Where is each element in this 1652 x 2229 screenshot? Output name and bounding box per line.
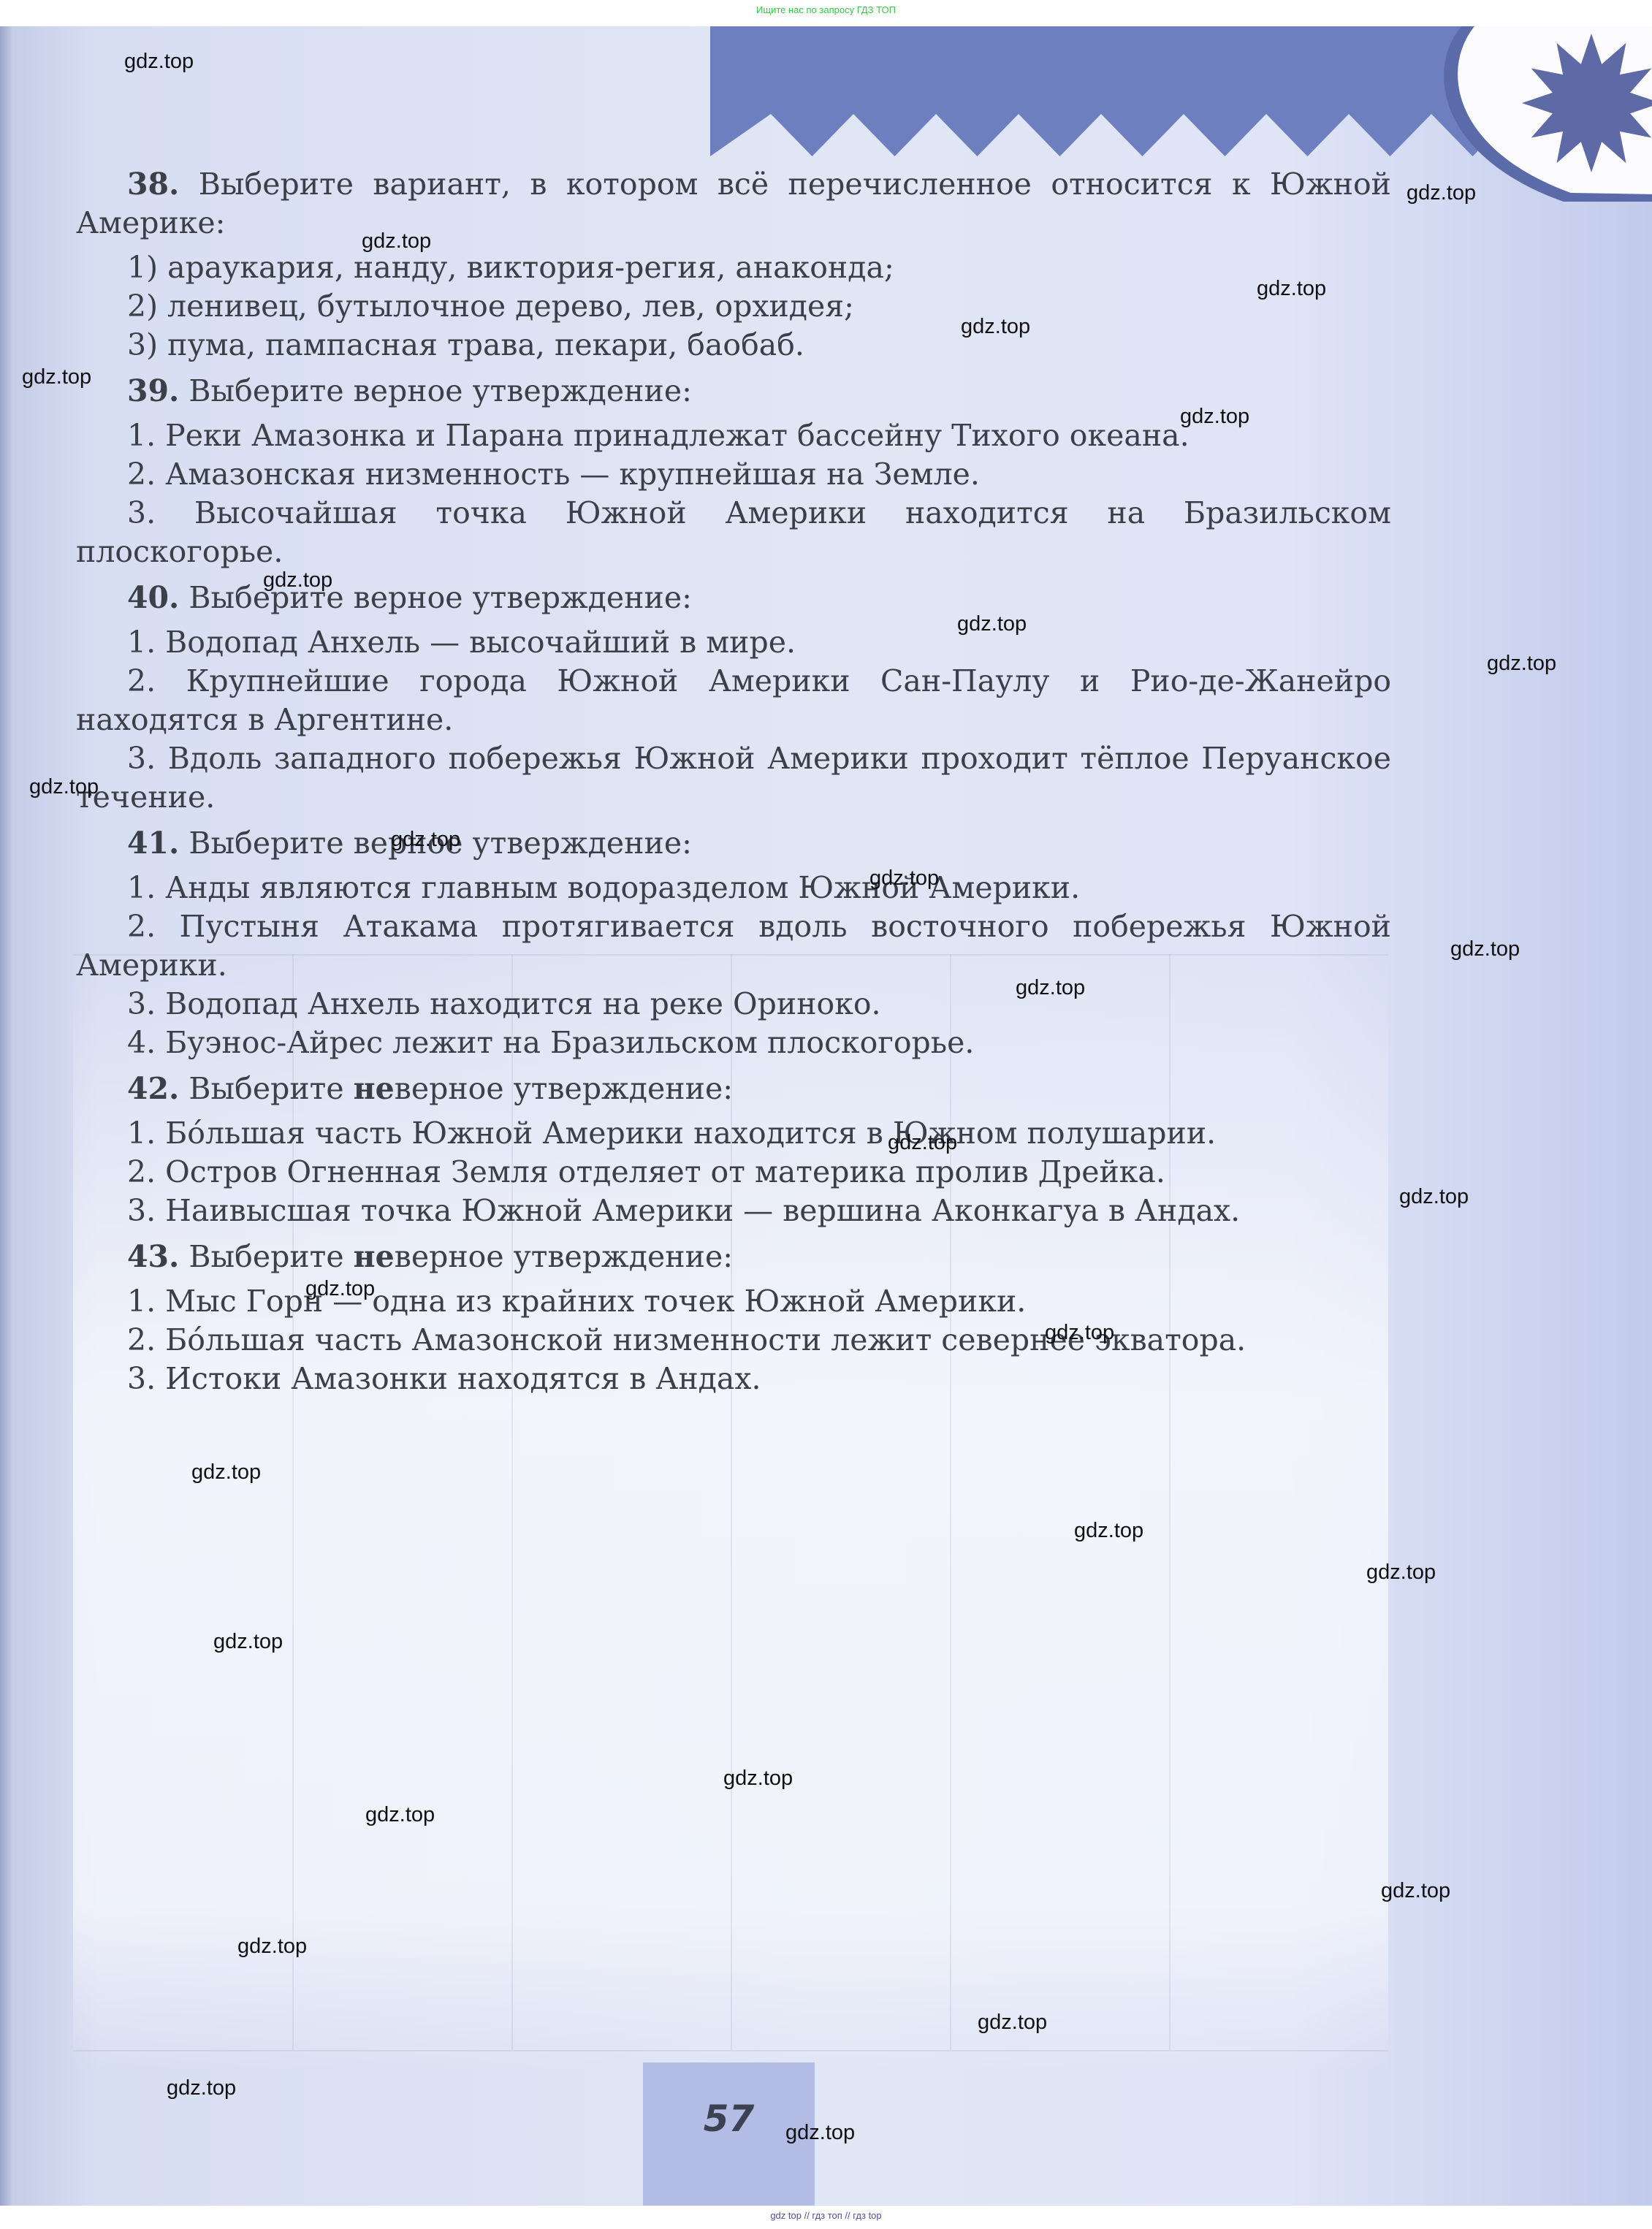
answer-option: 3. Наивысшая точка Южной Америки — верши… bbox=[76, 1192, 1391, 1230]
watermark-text: gdz.top bbox=[263, 568, 332, 593]
watermark-text: gdz.top bbox=[167, 2076, 236, 2100]
page-binding-edge bbox=[0, 26, 13, 2206]
answer-option: 3. Вдоль западного побережья Южной Амери… bbox=[76, 739, 1391, 817]
answer-option: 3) пума, пампасная трава, пекари, баобаб… bbox=[76, 326, 1391, 365]
question-text: Выберите вариант, в котором всё перечисл… bbox=[76, 167, 1391, 240]
answer-option: 3. Высочайшая точка Южной Америки находи… bbox=[76, 494, 1391, 571]
watermark-text: gdz.top bbox=[1450, 937, 1520, 961]
answer-option: 2. Остров Огненная Земля отделяет от мат… bbox=[76, 1153, 1391, 1192]
watermark-text: gdz.top bbox=[213, 1630, 283, 1654]
watermark-text: gdz.top bbox=[1381, 1879, 1450, 1903]
question-number: 39. bbox=[127, 373, 179, 408]
textbook-page: 38. Выберите вариант, в котором всё пере… bbox=[0, 26, 1652, 2206]
question-number: 42. bbox=[127, 1071, 179, 1106]
answer-option: 2. Бóльшая часть Амазонской низменности … bbox=[76, 1321, 1391, 1360]
watermark-text: gdz.top bbox=[785, 2121, 855, 2145]
watermark-text: gdz.top bbox=[978, 2011, 1047, 2035]
watermark-text: gdz.top bbox=[124, 50, 194, 74]
watermark-text: gdz.top bbox=[365, 1803, 435, 1827]
watermark-text: gdz.top bbox=[22, 365, 91, 389]
bottom-banner: gdz top // гдз топ // гдз top bbox=[0, 2206, 1652, 2229]
header-decoration bbox=[710, 26, 1514, 158]
watermark-text: gdz.top bbox=[1180, 405, 1249, 429]
watermark-text: gdz.top bbox=[869, 866, 939, 891]
question-39: 39. Выберите верное утверждение: 1. Реки… bbox=[76, 372, 1391, 571]
answer-option: 2. Крупнейшие города Южной Америки Сан-П… bbox=[76, 662, 1391, 739]
answer-option: 2. Пустыня Атакама протягивается вдоль в… bbox=[76, 907, 1391, 985]
question-42: 42. Выберите неверное утверждение: 1. Бó… bbox=[76, 1070, 1391, 1230]
answer-option: 1. Анды являются главным водоразделом Юж… bbox=[76, 869, 1391, 907]
answer-option: 1. Бóльшая часть Южной Америки находится… bbox=[76, 1114, 1391, 1153]
question-number: 40. bbox=[127, 580, 179, 615]
watermark-text: gdz.top bbox=[1366, 1561, 1436, 1585]
watermark-text: gdz.top bbox=[723, 1767, 793, 1791]
watermark-text: gdz.top bbox=[191, 1460, 261, 1485]
watermark-text: gdz.top bbox=[305, 1277, 375, 1301]
answer-option: 3. Водопад Анхель находится на реке Орин… bbox=[76, 985, 1391, 1024]
question-43: 43. Выберите неверное утверждение: 1. Мы… bbox=[76, 1238, 1391, 1398]
negation-emphasis: не bbox=[354, 1239, 395, 1274]
answer-option: 1. Мыс Горн — одна из крайних точек Южно… bbox=[76, 1282, 1391, 1321]
watermark-text: gdz.top bbox=[888, 1131, 957, 1155]
watermark-text: gdz.top bbox=[237, 1935, 307, 1959]
answer-option: 1. Водопад Анхель — высочайший в мире. bbox=[76, 623, 1391, 662]
question-number: 38. bbox=[127, 167, 179, 202]
bottom-banner-text: gdz top // гдз топ // гдз top bbox=[770, 2210, 881, 2221]
answer-option: 2. Амазонская низменность — крупнейшая н… bbox=[76, 455, 1391, 494]
answer-option: 1) араукария, нанду, виктория-регия, ана… bbox=[76, 248, 1391, 287]
question-text: Выберите верное утверждение: bbox=[189, 373, 692, 408]
watermark-text: gdz.top bbox=[1016, 976, 1085, 1000]
watermark-text: gdz.top bbox=[362, 229, 431, 254]
watermark-text: gdz.top bbox=[1487, 652, 1556, 676]
top-banner: Ищите нас по запросу ГДЗ ТОП bbox=[0, 0, 1652, 26]
watermark-text: gdz.top bbox=[1399, 1185, 1469, 1209]
questions-list: 38. Выберите вариант, в котором всё пере… bbox=[76, 165, 1391, 1403]
watermark-text: gdz.top bbox=[1045, 1321, 1114, 1345]
watermark-text: gdz.top bbox=[1407, 181, 1476, 205]
question-number: 41. bbox=[127, 826, 179, 861]
watermark-text: gdz.top bbox=[1257, 277, 1326, 301]
watermark-text: gdz.top bbox=[29, 775, 99, 799]
watermark-text: gdz.top bbox=[1074, 1519, 1143, 1543]
watermark-text: gdz.top bbox=[961, 315, 1030, 339]
answer-option: 2) ленивец, бутылочное дерево, лев, орхи… bbox=[76, 287, 1391, 326]
answer-option: 4. Буэнос-Айрес лежит на Бразильском пло… bbox=[76, 1024, 1391, 1062]
question-number: 43. bbox=[127, 1239, 179, 1274]
question-41: 41. Выберите верное утверждение: 1. Анды… bbox=[76, 824, 1391, 1062]
chapter-logo bbox=[1432, 26, 1652, 202]
top-banner-text: Ищите нас по запросу ГДЗ ТОП bbox=[756, 4, 896, 15]
answer-option: 3. Истоки Амазонки находятся в Андах. bbox=[76, 1360, 1391, 1398]
watermark-text: gdz.top bbox=[957, 612, 1027, 636]
negation-emphasis: не bbox=[354, 1071, 395, 1106]
question-38: 38. Выберите вариант, в котором всё пере… bbox=[76, 165, 1391, 365]
watermark-text: gdz.top bbox=[391, 828, 460, 852]
question-40: 40. Выберите верное утверждение: 1. Водо… bbox=[76, 579, 1391, 817]
